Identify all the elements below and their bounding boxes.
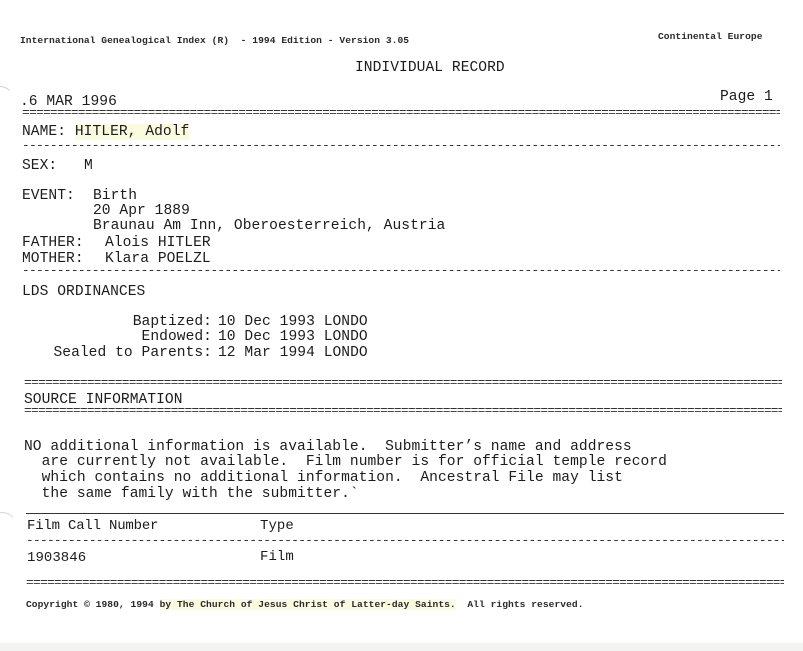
column-header-type: Type <box>260 519 294 535</box>
ordinance-label: Sealed to Parents: <box>22 346 212 362</box>
person-name: HITLER, Adolf <box>75 124 190 140</box>
ordinance-value: 12 Mar 1994 LONDO <box>218 346 368 362</box>
paper-curl-mark <box>0 512 18 544</box>
father-name: Alois HITLER <box>105 236 211 252</box>
dash-rule: ----------------------------------------… <box>22 266 780 274</box>
ordinance-value: 10 Dec 1993 LONDO <box>218 330 368 346</box>
double-rule: ========================================… <box>24 406 782 415</box>
ordinance-label: Endowed: <box>22 330 212 346</box>
document-page: International Genealogical Index (R) - 1… <box>0 0 803 643</box>
sex-value: M <box>84 159 93 175</box>
dash-rule: ----------------------------------------… <box>26 536 784 544</box>
name-row: NAME: HITLER, Adolf <box>22 125 189 141</box>
region-label: Continental Europe <box>658 31 763 42</box>
source-line: are currently not available. Film number… <box>24 455 667 471</box>
copyright-prefix: Copyright © 1980, 1994 <box>26 599 160 610</box>
scan-bottom-edge <box>0 643 803 651</box>
double-rule: ========================================… <box>26 578 784 587</box>
double-rule: ========================================… <box>24 378 782 387</box>
ordinances-heading: LDS ORDINANCES <box>22 285 145 301</box>
film-type: Film <box>260 550 294 566</box>
source-line: the same family with the submitter.` <box>24 487 359 503</box>
column-header-call-number: Film Call Number <box>27 519 158 535</box>
copyright: Copyright © 1980, 1994 by The Church of … <box>26 599 584 610</box>
table-top-line <box>26 513 784 514</box>
name-label: NAME: <box>22 124 66 140</box>
dash-rule: ----------------------------------------… <box>22 141 780 149</box>
father-label: FATHER: <box>22 236 84 252</box>
film-call-number: 1903846 <box>27 551 86 567</box>
index-source-line: International Genealogical Index (R) - 1… <box>20 35 409 46</box>
copyright-suffix: All rights reserved. <box>456 599 584 610</box>
event-place: Braunau Am Inn, Oberoesterreich, Austria <box>93 219 445 235</box>
paper-curl-mark <box>0 86 14 114</box>
sex-label: SEX: <box>22 159 57 175</box>
source-line: which contains no additional information… <box>24 471 623 487</box>
record-title: INDIVIDUAL RECORD <box>355 61 505 77</box>
event-label: EVENT: <box>22 189 75 205</box>
page-number: Page 1 <box>720 90 773 106</box>
double-rule: ========================================… <box>22 108 780 117</box>
copyright-owner: by The Church of Jesus Christ of Latter-… <box>160 599 456 610</box>
